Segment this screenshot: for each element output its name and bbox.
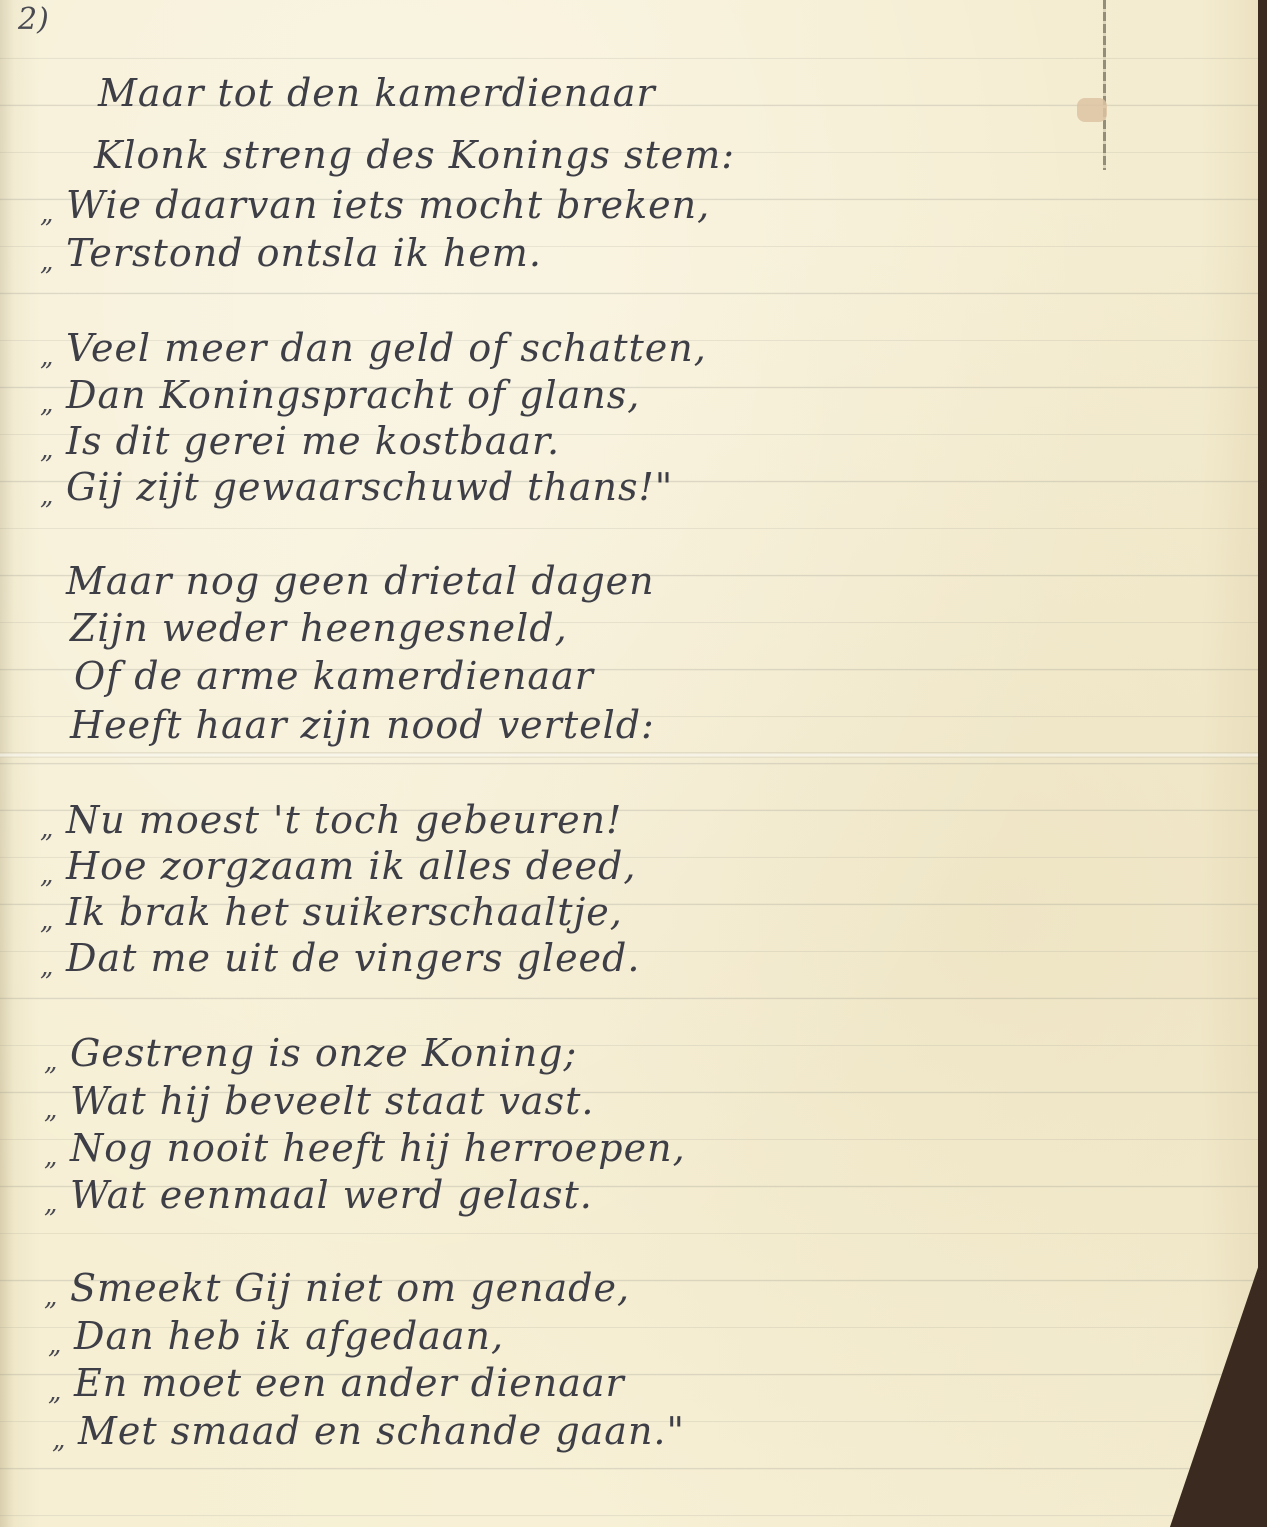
poem-line: „Hoe zorgzaam ik alles deed, bbox=[40, 843, 636, 890]
poem-line: „Terstond ontsla ik hem. bbox=[40, 230, 542, 277]
poem-line: „Nu moest 't toch gebeuren! bbox=[40, 797, 622, 844]
line-text: Heeft haar zijn nood verteld: bbox=[70, 703, 655, 747]
line-text: Zijn weder heengesneld, bbox=[70, 606, 568, 650]
poem: Maar tot den kamerdienaar Klonk streng d… bbox=[0, 0, 1000, 1527]
line-text: Nog nooit heeft hij herroepen, bbox=[70, 1126, 686, 1170]
poem-line: „Gestreng is onze Koning; bbox=[44, 1030, 577, 1077]
line-text: En moet een ander dienaar bbox=[74, 1361, 625, 1405]
line-text: Terstond ontsla ik hem. bbox=[66, 231, 542, 275]
poem-line: „Is dit gerei me kostbaar. bbox=[40, 418, 560, 465]
poem-line: „Wat eenmaal werd gelast. bbox=[44, 1172, 593, 1219]
paper-stain bbox=[1077, 98, 1107, 122]
poem-line: „Ik brak het suikerschaaltje, bbox=[40, 889, 623, 936]
poem-line: Zijn weder heengesneld, bbox=[44, 605, 568, 652]
poem-line: „Dat me uit de vingers gleed. bbox=[40, 935, 640, 982]
line-text: Is dit gerei me kostbaar. bbox=[66, 419, 560, 463]
poem-line: „En moet een ander dienaar bbox=[48, 1360, 625, 1407]
poem-line: „Dan heb ik afgedaan, bbox=[48, 1313, 504, 1360]
paper-tear bbox=[1103, 0, 1106, 170]
quote-mark: „ bbox=[40, 239, 66, 286]
line-text: Smeekt Gij niet om genade, bbox=[70, 1266, 630, 1310]
poem-line: „Smeekt Gij niet om genade, bbox=[44, 1265, 630, 1312]
line-text: Gij zijt gewaarschuwd thans!" bbox=[66, 465, 673, 509]
quote-mark: „ bbox=[52, 1417, 78, 1464]
line-text: Klonk streng des Konings stem: bbox=[94, 133, 735, 177]
poem-line: Maar nog geen drietal dagen bbox=[40, 558, 655, 605]
line-text: Dan heb ik afgedaan, bbox=[74, 1314, 504, 1358]
line-text: Maar tot den kamerdienaar bbox=[98, 71, 656, 115]
poem-line: Of de arme kamerdienaar bbox=[48, 653, 594, 700]
line-text: Nu moest 't toch gebeuren! bbox=[66, 798, 622, 842]
line-text: Met smaad en schande gaan." bbox=[78, 1409, 685, 1453]
line-text: Ik brak het suikerschaaltje, bbox=[66, 890, 623, 934]
line-text: Gestreng is onze Koning; bbox=[70, 1031, 577, 1075]
line-text: Hoe zorgzaam ik alles deed, bbox=[66, 844, 636, 888]
poem-line: „Veel meer dan geld of schatten, bbox=[40, 325, 707, 372]
line-text: Veel meer dan geld of schatten, bbox=[66, 326, 707, 370]
poem-line: „Met smaad en schande gaan." bbox=[52, 1408, 685, 1455]
poem-line: Klonk streng des Konings stem: bbox=[68, 132, 735, 179]
quote-mark: „ bbox=[40, 944, 66, 991]
poem-line: „Dan Koningspracht of glans, bbox=[40, 372, 640, 419]
line-text: Wie daarvan iets mocht breken, bbox=[66, 183, 710, 227]
line-text: Of de arme kamerdienaar bbox=[74, 654, 594, 698]
poem-line: Maar tot den kamerdienaar bbox=[72, 70, 656, 117]
quote-mark: „ bbox=[40, 473, 66, 520]
manuscript-page: 2) Maar tot den kamerdienaar Klonk stren… bbox=[0, 0, 1258, 1527]
poem-line: Heeft haar zijn nood verteld: bbox=[44, 702, 655, 749]
quote-mark: „ bbox=[44, 1181, 70, 1228]
line-text: Wat eenmaal werd gelast. bbox=[70, 1173, 593, 1217]
poem-line: „Nog nooit heeft hij herroepen, bbox=[44, 1125, 686, 1172]
poem-line: „Wie daarvan iets mocht breken, bbox=[40, 182, 710, 229]
poem-line: „Gij zijt gewaarschuwd thans!" bbox=[40, 464, 673, 511]
poem-line: „Wat hij beveelt staat vast. bbox=[44, 1078, 594, 1125]
line-text: Wat hij beveelt staat vast. bbox=[70, 1079, 594, 1123]
line-text: Dat me uit de vingers gleed. bbox=[66, 936, 640, 980]
line-text: Dan Koningspracht of glans, bbox=[66, 373, 640, 417]
line-text: Maar nog geen drietal dagen bbox=[66, 559, 655, 603]
